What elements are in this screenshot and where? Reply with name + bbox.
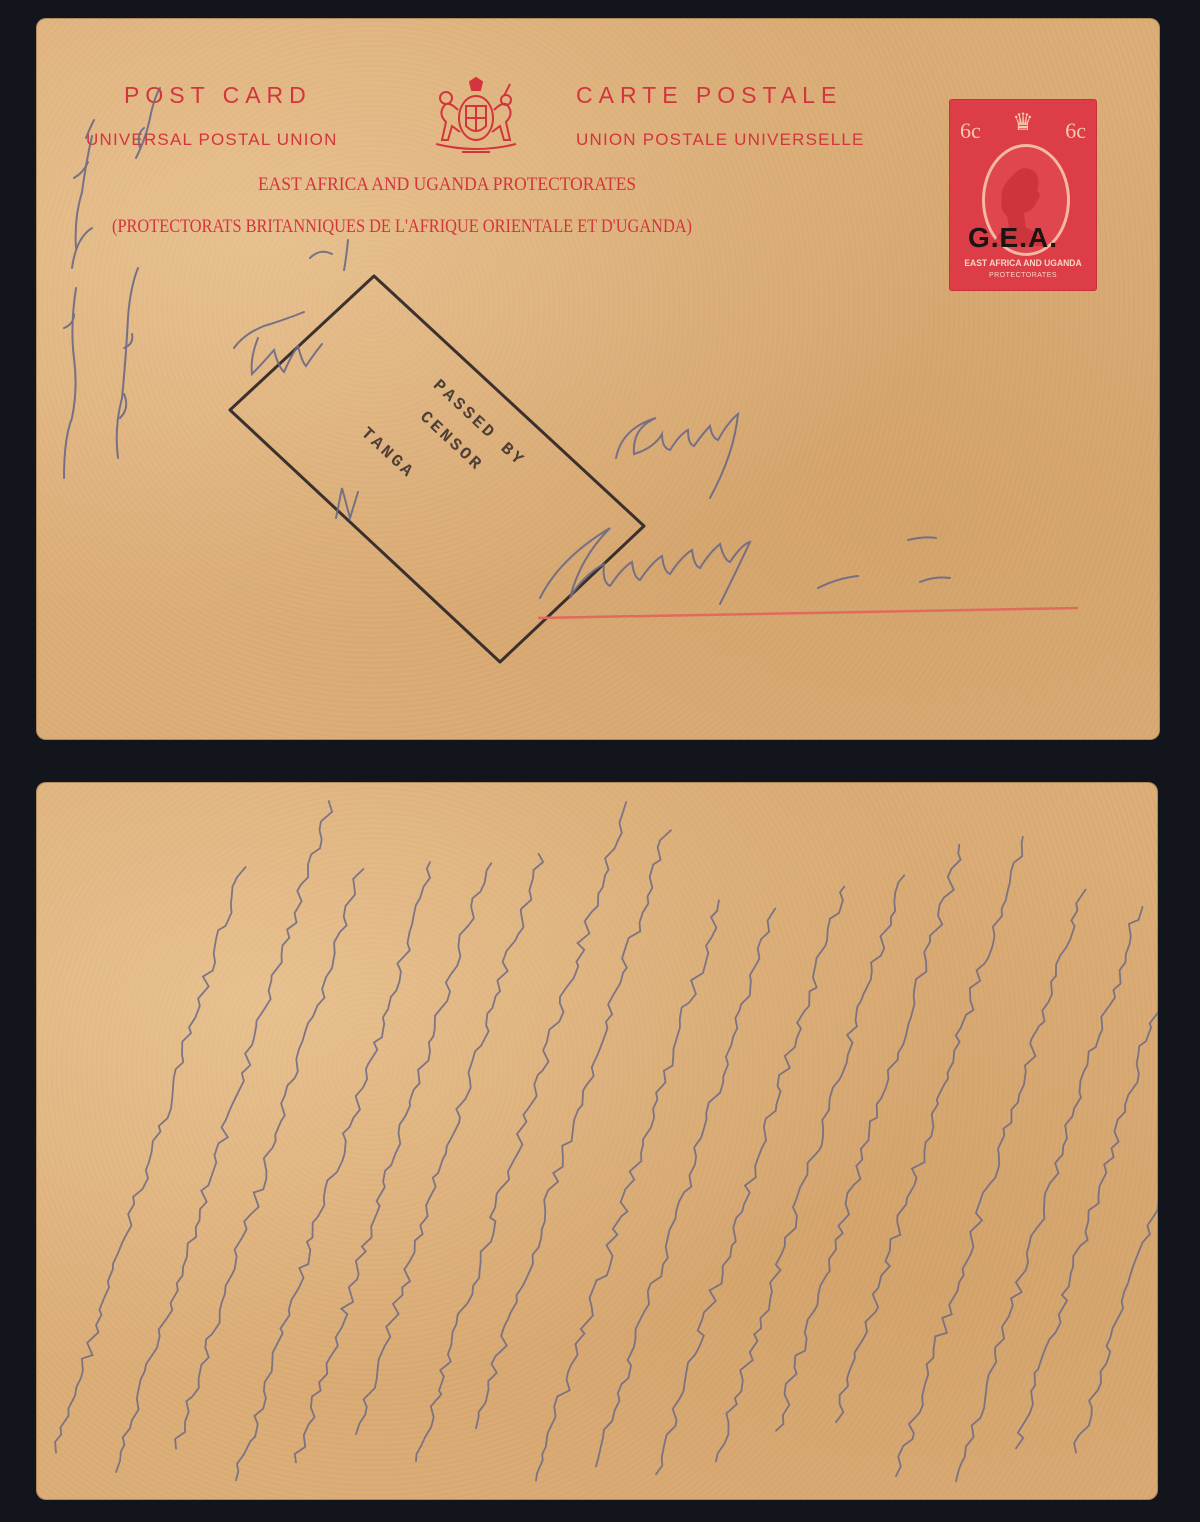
censor-box xyxy=(230,276,644,662)
postcard-back xyxy=(36,782,1158,1500)
handwriting-line xyxy=(236,862,430,1480)
handwriting-layer: PASSED BY CENSOR TANGA xyxy=(36,18,1160,740)
handwriting-line xyxy=(175,869,363,1449)
address-underline xyxy=(538,608,1078,618)
handwriting-line xyxy=(836,837,1023,1422)
handwriting-line xyxy=(476,830,671,1428)
handwriting-line xyxy=(716,875,904,1461)
handwriting-line xyxy=(896,890,1086,1477)
handwriting-line xyxy=(356,854,543,1434)
handwriting-line xyxy=(1074,831,1158,1453)
message-handwriting xyxy=(36,782,1158,1500)
postcard-front: POST CARD CARTE POSTALE UNIVERSAL POSTAL… xyxy=(36,18,1160,740)
handwriting-line xyxy=(1016,805,1158,1449)
handwriting-line xyxy=(956,907,1143,1481)
handwriting-line xyxy=(536,900,719,1480)
handwriting-line xyxy=(295,863,492,1462)
handwriting-line xyxy=(116,801,332,1472)
handwriting-line xyxy=(416,802,626,1461)
handwriting-line xyxy=(55,867,246,1452)
censor-line-3: TANGA xyxy=(357,424,418,483)
handwriting-line xyxy=(776,845,961,1431)
handwriting-line xyxy=(596,909,775,1467)
